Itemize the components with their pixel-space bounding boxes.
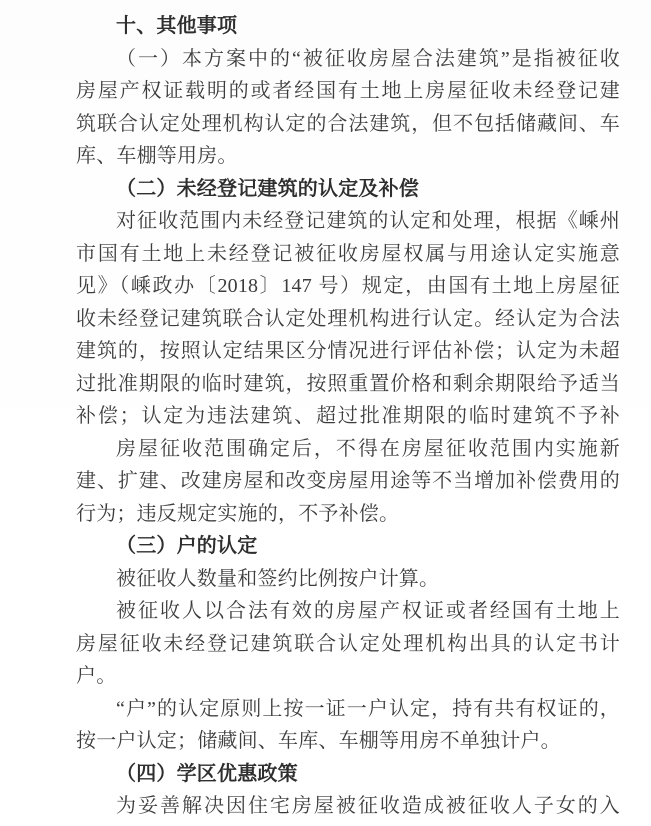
paragraph-line: 补偿；认定为违法建筑、超过批准期限的临时建筑不予补偿。 bbox=[76, 400, 620, 433]
paragraph-line: 对征收范围内未经登记建筑的认定和处理，根据《嵊州 bbox=[76, 205, 620, 238]
paragraph-line: 被征收人数量和签约比例按户计算。 bbox=[76, 563, 620, 596]
subsection-heading: （三）户的认定 bbox=[76, 530, 620, 563]
paragraph-line: 过批准期限的临时建筑，按照重置价格和剩余期限给予适当 bbox=[76, 368, 620, 401]
paragraph-line: “户”的认定原则上按一证一户认定，持有共有权证的， bbox=[76, 693, 620, 726]
paragraph-line: 户。 bbox=[76, 660, 620, 693]
section-heading: 十、其他事项 bbox=[76, 10, 620, 43]
subsection-heading: （四）学区优惠政策 bbox=[76, 758, 620, 791]
document-page: 十、其他事项 （一）本方案中的“被征收房屋合法建筑”是指被征收 房屋产权证载明的… bbox=[0, 0, 651, 826]
paragraph-line: 建筑的，按照认定结果区分情况进行评估补偿；认定为未超 bbox=[76, 335, 620, 368]
paragraph-line: 被征收人以合法有效的房屋产权证或者经国有土地上 bbox=[76, 595, 620, 628]
paragraph-line: 房屋征收范围确定后，不得在房屋征收范围内实施新 bbox=[76, 433, 620, 466]
paragraph-line: 建、扩建、改建房屋和改变房屋用途等不当增加补偿费用的 bbox=[76, 465, 620, 498]
paragraph-line: 房屋征收未经登记建筑联合认定处理机构出具的认定书计 bbox=[76, 628, 620, 661]
paragraph-line: 库、车棚等用房。 bbox=[76, 140, 620, 173]
subsection-heading: （二）未经登记建筑的认定及补偿 bbox=[76, 173, 620, 206]
paragraph-line: （一）本方案中的“被征收房屋合法建筑”是指被征收 bbox=[76, 43, 620, 76]
paragraph-line: 见》（嵊政办〔2018〕147 号）规定，由国有土地上房屋征 bbox=[76, 270, 620, 303]
paragraph-line: 收未经登记建筑联合认定处理机构进行认定。经认定为合法 bbox=[76, 303, 620, 336]
paragraph-line: 筑联合认定处理机构认定的合法建筑，但不包括储藏间、车 bbox=[76, 108, 620, 141]
paragraph-line: 房屋产权证载明的或者经国有土地上房屋征收未经登记建 bbox=[76, 75, 620, 108]
paragraph-line: 行为；违反规定实施的，不予补偿。 bbox=[76, 498, 620, 531]
paragraph-line: 为妥善解决因住宅房屋被征收造成被征收人子女的入 bbox=[76, 790, 620, 823]
paragraph-line: 按一户认定；储藏间、车库、车棚等用房不单独计户。 bbox=[76, 725, 620, 758]
paragraph-line: 市国有土地上未经登记被征收房屋权属与用途认定实施意 bbox=[76, 238, 620, 271]
